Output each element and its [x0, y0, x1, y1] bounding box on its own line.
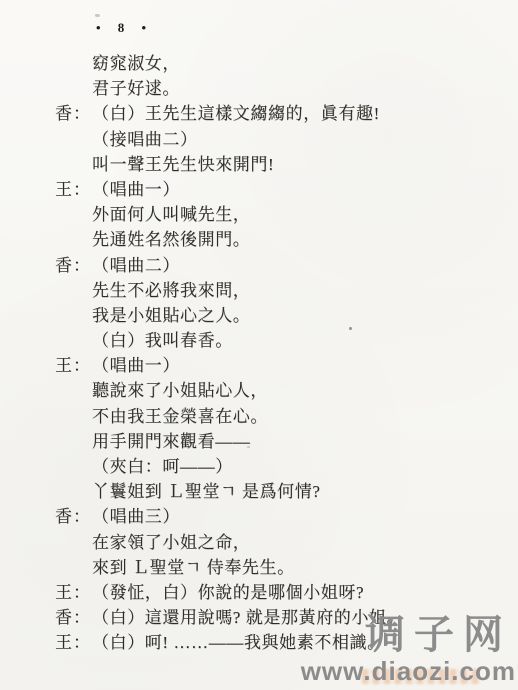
script-line: 用手開門來觀看——	[55, 429, 504, 454]
speaker-label	[55, 76, 92, 101]
line-text: （唱曲一）	[92, 353, 180, 378]
line-text: （唱曲一）	[92, 177, 180, 202]
line-text: 丫鬟姐到 Ｌ聖堂ㄱ 是爲何情?	[92, 479, 320, 504]
script-line: 窈窕淑女，	[55, 51, 504, 76]
script-line: 君子好逑。	[55, 76, 504, 101]
line-text: （發怔，白）你說的是哪個小姐呀?	[92, 580, 364, 605]
script-line: 外面何人叫喊先生，	[55, 202, 504, 227]
line-text: （白）這還用說嗎? 就是那黃府的小姐。	[92, 605, 404, 630]
script-line: 香：（白）王先生這樣文縐縐的，眞有趣!	[55, 101, 504, 126]
line-text: 先通姓名然後開門。	[92, 227, 250, 252]
line-text: （白）我叫春香。	[92, 328, 233, 353]
speaker-label: 香：	[55, 101, 92, 126]
speaker-label	[55, 303, 92, 328]
script-line: 丫鬟姐到 Ｌ聖堂ㄱ 是爲何情?	[55, 479, 504, 504]
speaker-label	[55, 479, 92, 504]
script-line: （白）我叫春香。	[55, 328, 504, 353]
line-text: （唱曲三）	[92, 504, 180, 529]
line-text: 聽說來了小姐貼心人，	[92, 378, 268, 403]
speaker-label	[55, 152, 92, 177]
speaker-label: 王：	[55, 580, 92, 605]
line-text: （接唱曲二）	[92, 127, 198, 152]
speaker-label	[55, 429, 92, 454]
script-line: 王：（唱曲一）	[55, 177, 504, 202]
speaker-label	[55, 51, 92, 76]
line-text: 外面何人叫喊先生，	[92, 202, 250, 227]
line-text: 來到 Ｌ聖堂ㄱ 侍奉先生。	[92, 555, 295, 580]
script-line: （夾白：呵——）	[55, 454, 504, 479]
speaker-label	[55, 530, 92, 555]
line-text: （唱曲二）	[92, 253, 180, 278]
line-text: 我是小姐貼心之人。	[92, 303, 250, 328]
scan-speck	[95, 14, 100, 17]
line-text: 君子好逑。	[92, 76, 180, 101]
speaker-label	[55, 404, 92, 429]
line-text: 用手開門來觀看——	[92, 429, 250, 454]
speaker-label: 香：	[55, 504, 92, 529]
line-text: 不由我王金榮喜在心。	[92, 404, 268, 429]
speaker-label: 王：	[55, 630, 92, 655]
line-text: （夾白：呵——）	[92, 454, 233, 479]
watermark-site-url: www.diaozi.com	[301, 658, 516, 684]
line-text: （白）呵! ……——我與她素不相識。	[92, 630, 385, 655]
line-text: 叫一聲王先生快來開門!	[92, 152, 274, 177]
watermark-site-name: 调子网	[365, 615, 512, 655]
script-line: 王：（發怔，白）你說的是哪個小姐呀?	[55, 580, 504, 605]
script-text-block: 窈窕淑女， 君子好逑。 香：（白）王先生這樣文縐縐的，眞有趣! （接唱曲二） 叫…	[55, 51, 504, 656]
script-line: 王：（唱曲一）	[55, 353, 504, 378]
script-line: 先生不必將我來問，	[55, 278, 504, 303]
script-line: 香：（唱曲三）	[55, 504, 504, 529]
script-line: 聽說來了小姐貼心人，	[55, 378, 504, 403]
script-line: 不由我王金榮喜在心。	[55, 404, 504, 429]
speaker-label	[55, 278, 92, 303]
script-line: 在家領了小姐之命，	[55, 530, 504, 555]
speaker-label	[55, 227, 92, 252]
line-text: 先生不必將我來問，	[92, 278, 250, 303]
script-line: 先通姓名然後開門。	[55, 227, 504, 252]
script-line: 叫一聲王先生快來開門!	[55, 152, 504, 177]
line-text: 窈窕淑女，	[92, 51, 180, 76]
script-line: 來到 Ｌ聖堂ㄱ 侍奉先生。	[55, 555, 504, 580]
speaker-label: 王：	[55, 177, 92, 202]
speaker-label: 香：	[55, 605, 92, 630]
speaker-label	[55, 378, 92, 403]
speaker-label	[55, 127, 92, 152]
speaker-label: 香：	[55, 253, 92, 278]
script-line: 我是小姐貼心之人。	[55, 303, 504, 328]
line-text: 在家領了小姐之命，	[92, 530, 250, 555]
script-line: （接唱曲二）	[55, 127, 504, 152]
scanned-script-page: • 8 • 窈窕淑女， 君子好逑。 香：（白）王先生這樣文縐縐的，眞有趣! （接…	[0, 0, 518, 690]
speaker-label: 王：	[55, 353, 92, 378]
script-line: 香：（唱曲二）	[55, 253, 504, 278]
speaker-label	[55, 328, 92, 353]
speaker-label	[55, 202, 92, 227]
speaker-label	[55, 454, 92, 479]
page-number-marker: • 8 •	[96, 20, 153, 36]
line-text: （白）王先生這樣文縐縐的，眞有趣!	[92, 101, 380, 126]
speaker-label	[55, 555, 92, 580]
